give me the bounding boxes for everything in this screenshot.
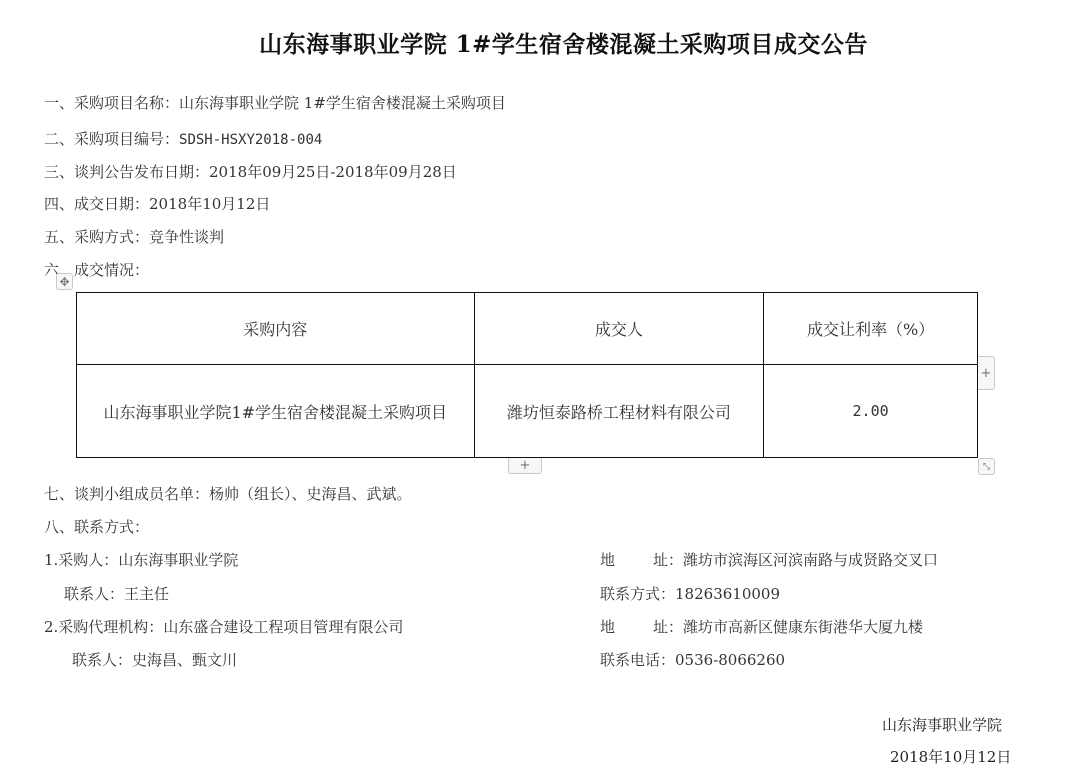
header-discount-rate[interactable]: 成交让利率（%） <box>764 293 978 365</box>
table-move-icon[interactable]: ✥ <box>56 273 73 290</box>
address-label-a: 地 <box>600 549 653 570</box>
address-value: 潍坊市滨海区河滨南路与成贤路交叉口 <box>683 551 938 569</box>
agency-label: 2.采购代理机构： <box>44 618 163 636</box>
phone-value: 18263610009 <box>675 585 780 603</box>
section-label: 七、谈判小组成员名单： <box>44 485 209 503</box>
section-value: 竞争性谈判 <box>149 228 224 246</box>
section-project-number: 二、采购项目编号：SDSH-HSXY2018-004 <box>44 128 322 149</box>
header-winner[interactable]: 成交人 <box>474 293 764 365</box>
address-value: 潍坊市高新区健康东街港华大厦九楼 <box>683 618 923 636</box>
table-header-row: 采购内容 成交人 成交让利率（%） <box>77 293 978 365</box>
header-content[interactable]: 采购内容 <box>77 293 475 365</box>
section-value: 山东海事职业学院 1#学生宿舍楼混凝土采购项目 <box>179 94 506 112</box>
add-row-icon[interactable]: + <box>508 458 542 474</box>
address-label-b: 址： <box>653 551 683 569</box>
phone-label: 联系电话： <box>600 651 675 669</box>
address-label-a: 地 <box>600 616 653 637</box>
section-label: 五、采购方式： <box>44 228 149 246</box>
section-panel-members: 七、谈判小组成员名单：杨帅（组长）、史海昌、武斌。 <box>44 483 412 504</box>
agency-phone-line: 联系电话：0536-8066260 <box>600 649 785 670</box>
cell-content[interactable]: 山东海事职业学院1#学生宿舍楼混凝土采购项目 <box>77 365 475 458</box>
table-resize-icon[interactable]: ⤡ <box>978 458 995 475</box>
agency-name: 山东盛合建设工程项目管理有限公司 <box>163 618 403 636</box>
section-announce-date: 三、谈判公告发布日期：2018年09月25日-2018年09月28日 <box>44 161 457 182</box>
table-row: 山东海事职业学院1#学生宿舍楼混凝土采购项目 潍坊恒泰路桥工程材料有限公司 2.… <box>77 365 978 458</box>
cell-discount-rate[interactable]: 2.00 <box>764 365 978 458</box>
agency-line: 2.采购代理机构：山东盛合建设工程项目管理有限公司 <box>44 616 403 637</box>
agency-contact-line: 联系人：史海昌、甄文川 <box>72 649 237 670</box>
agency-address-line: 地址：潍坊市高新区健康东街港华大厦九楼 <box>600 616 923 637</box>
cell-winner[interactable]: 潍坊恒泰路桥工程材料有限公司 <box>474 365 764 458</box>
section-contact-heading: 八、联系方式： <box>44 516 149 537</box>
section-project-name: 一、采购项目名称：山东海事职业学院 1#学生宿舍楼混凝土采购项目 <box>44 92 506 113</box>
section-label: 三、谈判公告发布日期： <box>44 163 209 181</box>
phone-value: 0536-8066260 <box>675 651 785 669</box>
signature-org: 山东海事职业学院 <box>882 714 1002 735</box>
section-value: 2018年10月12日 <box>149 195 270 213</box>
section-label: 一、采购项目名称： <box>44 94 179 112</box>
deal-table: 采购内容 成交人 成交让利率（%） 山东海事职业学院1#学生宿舍楼混凝土采购项目… <box>76 292 978 458</box>
section-value: 2018年09月25日-2018年09月28日 <box>209 163 457 181</box>
contact-label: 联系人： <box>72 651 132 669</box>
purchaser-address-line: 地址：潍坊市滨海区河滨南路与成贤路交叉口 <box>600 549 938 570</box>
contact-label: 联系人： <box>64 585 124 603</box>
section-method: 五、采购方式：竞争性谈判 <box>44 226 224 247</box>
purchaser-phone-line: 联系方式：18263610009 <box>600 583 780 604</box>
section-deal-date: 四、成交日期：2018年10月12日 <box>44 193 270 214</box>
purchaser-name: 山东海事职业学院 <box>118 551 238 569</box>
contact-name: 王主任 <box>124 585 169 603</box>
purchaser-label: 1.采购人： <box>44 551 118 569</box>
address-label-b: 址： <box>653 618 683 636</box>
add-column-icon[interactable]: + <box>978 356 995 390</box>
section-label: 四、成交日期： <box>44 195 149 213</box>
section-label: 二、采购项目编号： <box>44 130 179 148</box>
contact-name: 史海昌、甄文川 <box>132 651 237 669</box>
purchaser-line: 1.采购人：山东海事职业学院 <box>44 549 238 570</box>
section-value: 杨帅（组长）、史海昌、武斌。 <box>209 485 412 503</box>
signature-date: 2018年10月12日 <box>890 746 1011 767</box>
document-title: 山东海事职业学院 1#学生宿舍楼混凝土采购项目成交公告 <box>0 26 1067 59</box>
section-value: SDSH-HSXY2018-004 <box>179 132 322 148</box>
phone-label: 联系方式： <box>600 585 675 603</box>
purchaser-contact-line: 联系人：王主任 <box>64 583 169 604</box>
